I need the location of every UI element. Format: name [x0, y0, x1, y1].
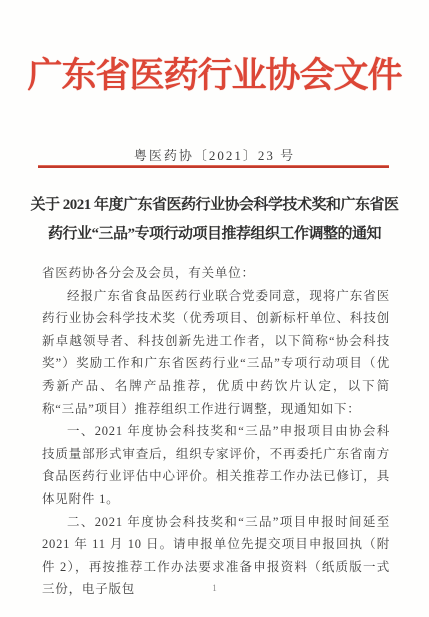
body-paragraph-1: 经报广东省食品医药行业联合党委同意，现将广东省医药行业协会科学技术奖（优秀项目、…	[42, 285, 390, 421]
page-number: 1	[0, 583, 429, 593]
doc-number: 粤医药协〔2021〕23 号	[0, 145, 429, 164]
notice-title: 关于 2021 年度广东省医药行业协会科学技术奖和广东省医 药行业“三品”专项行…	[18, 191, 411, 249]
notice-title-line-2: 药行业“三品”专项行动项目推荐组织工作调整的通知	[18, 220, 411, 249]
salutation: 省医药协各分会及会员，有关单位：	[42, 262, 390, 285]
document-body: 省医药协各分会及会员，有关单位： 经报广东省食品医药行业联合党委同意，现将广东省…	[42, 262, 390, 601]
notice-title-line-1: 关于 2021 年度广东省医药行业协会科学技术奖和广东省医	[18, 191, 411, 220]
org-header-title: 广东省医药行业协会文件	[0, 52, 429, 99]
red-divider-line	[38, 165, 389, 168]
body-paragraph-2: 一、2021 年度协会科技奖和“三品”申报项目由协会科技质量部形式审查后，组织专…	[42, 420, 390, 510]
document-page: 广东省医药行业协会文件 粤医药协〔2021〕23 号 关于 2021 年度广东省…	[0, 0, 429, 617]
